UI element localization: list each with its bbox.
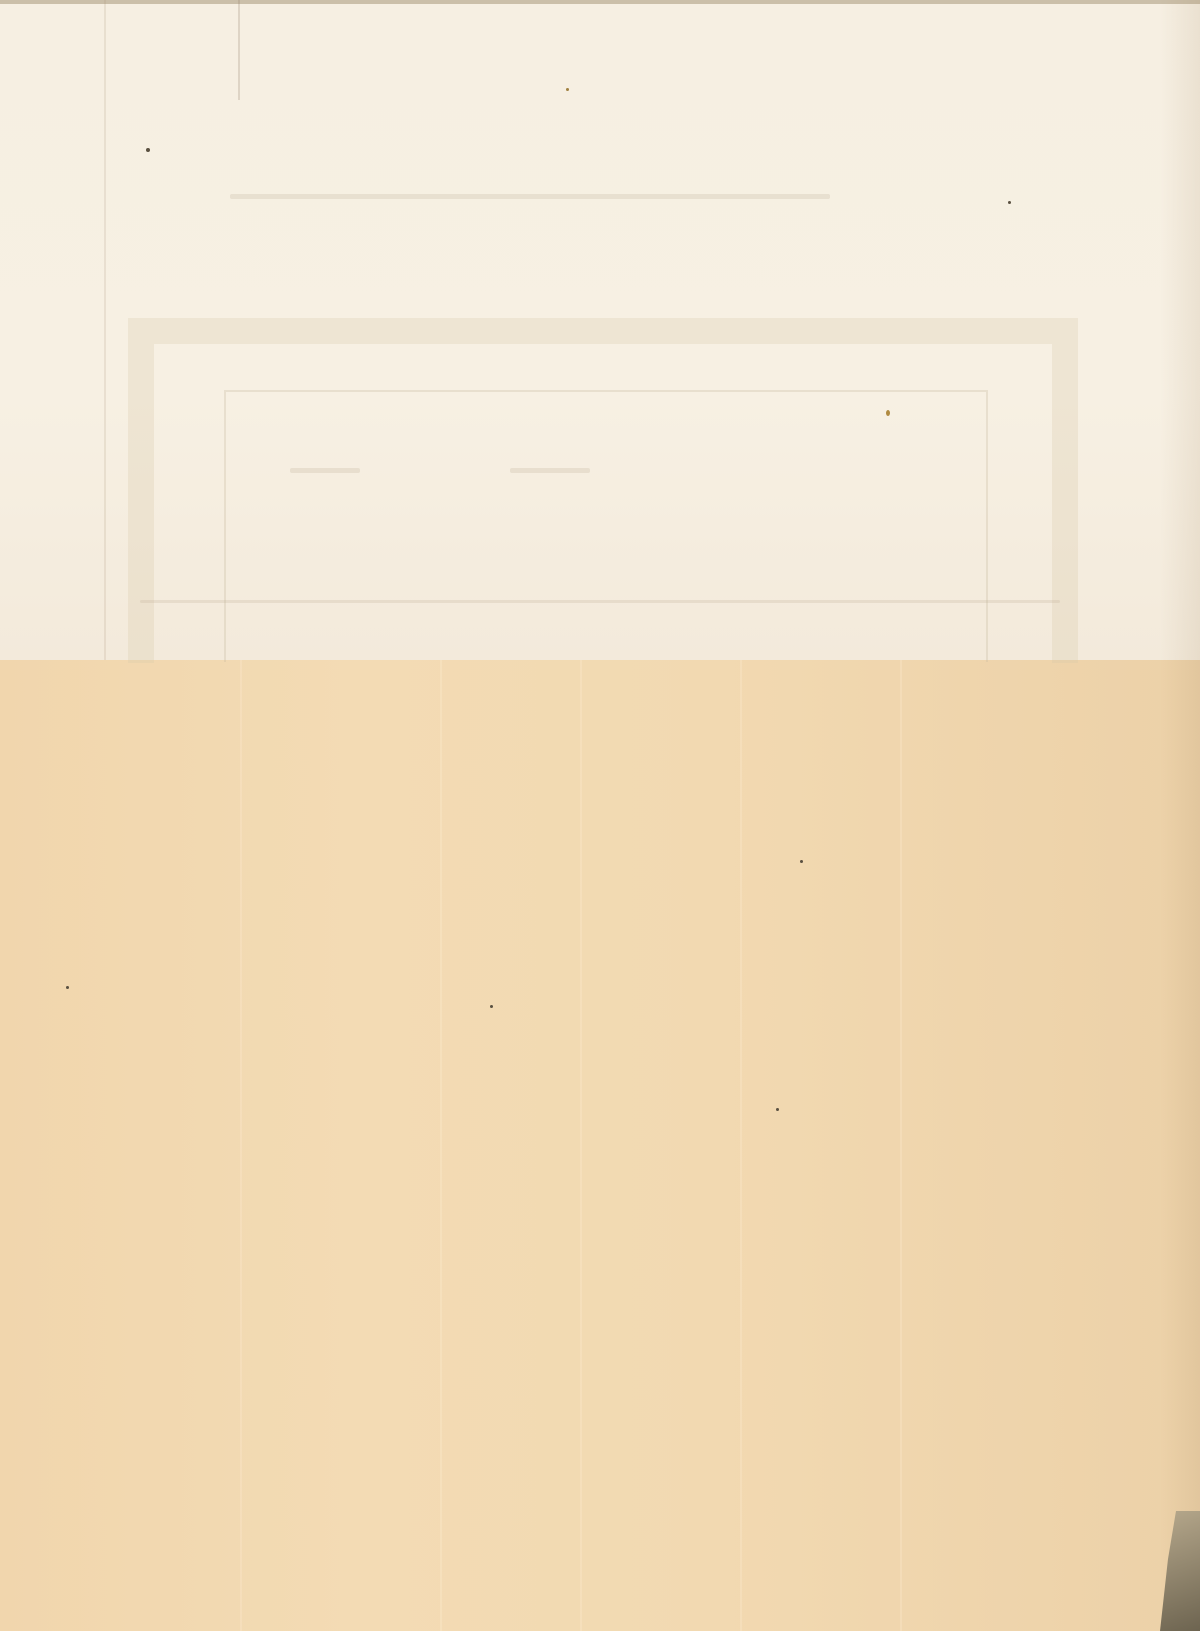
- bleed-through-text-fragment: [510, 468, 590, 473]
- fold-line-short: [238, 0, 240, 100]
- paper-stripe: [900, 660, 902, 1631]
- bleed-through-rule: [140, 600, 1060, 603]
- paper-speck: [800, 860, 803, 863]
- paper-speck: [66, 986, 69, 989]
- bleed-through-text-fragment: [290, 468, 360, 473]
- paper-speck: [146, 148, 150, 152]
- paper-stripe: [240, 660, 242, 1631]
- paper-stripe: [740, 660, 742, 1631]
- fold-line: [104, 0, 106, 660]
- bleed-through-inner-frame: [224, 390, 988, 662]
- lower-paper-region: [0, 660, 1200, 1631]
- paper-stripe: [580, 660, 582, 1631]
- paper-speck: [490, 1005, 493, 1008]
- top-edge: [0, 0, 1200, 4]
- paper-speck: [1008, 201, 1011, 204]
- paper-speck: [776, 1108, 779, 1111]
- paper-stripe: [440, 660, 442, 1631]
- paper-speck: [886, 410, 890, 416]
- bleed-through-text-line: [230, 194, 830, 199]
- right-edge-shadow: [1160, 0, 1200, 1631]
- paper-speck: [566, 88, 569, 91]
